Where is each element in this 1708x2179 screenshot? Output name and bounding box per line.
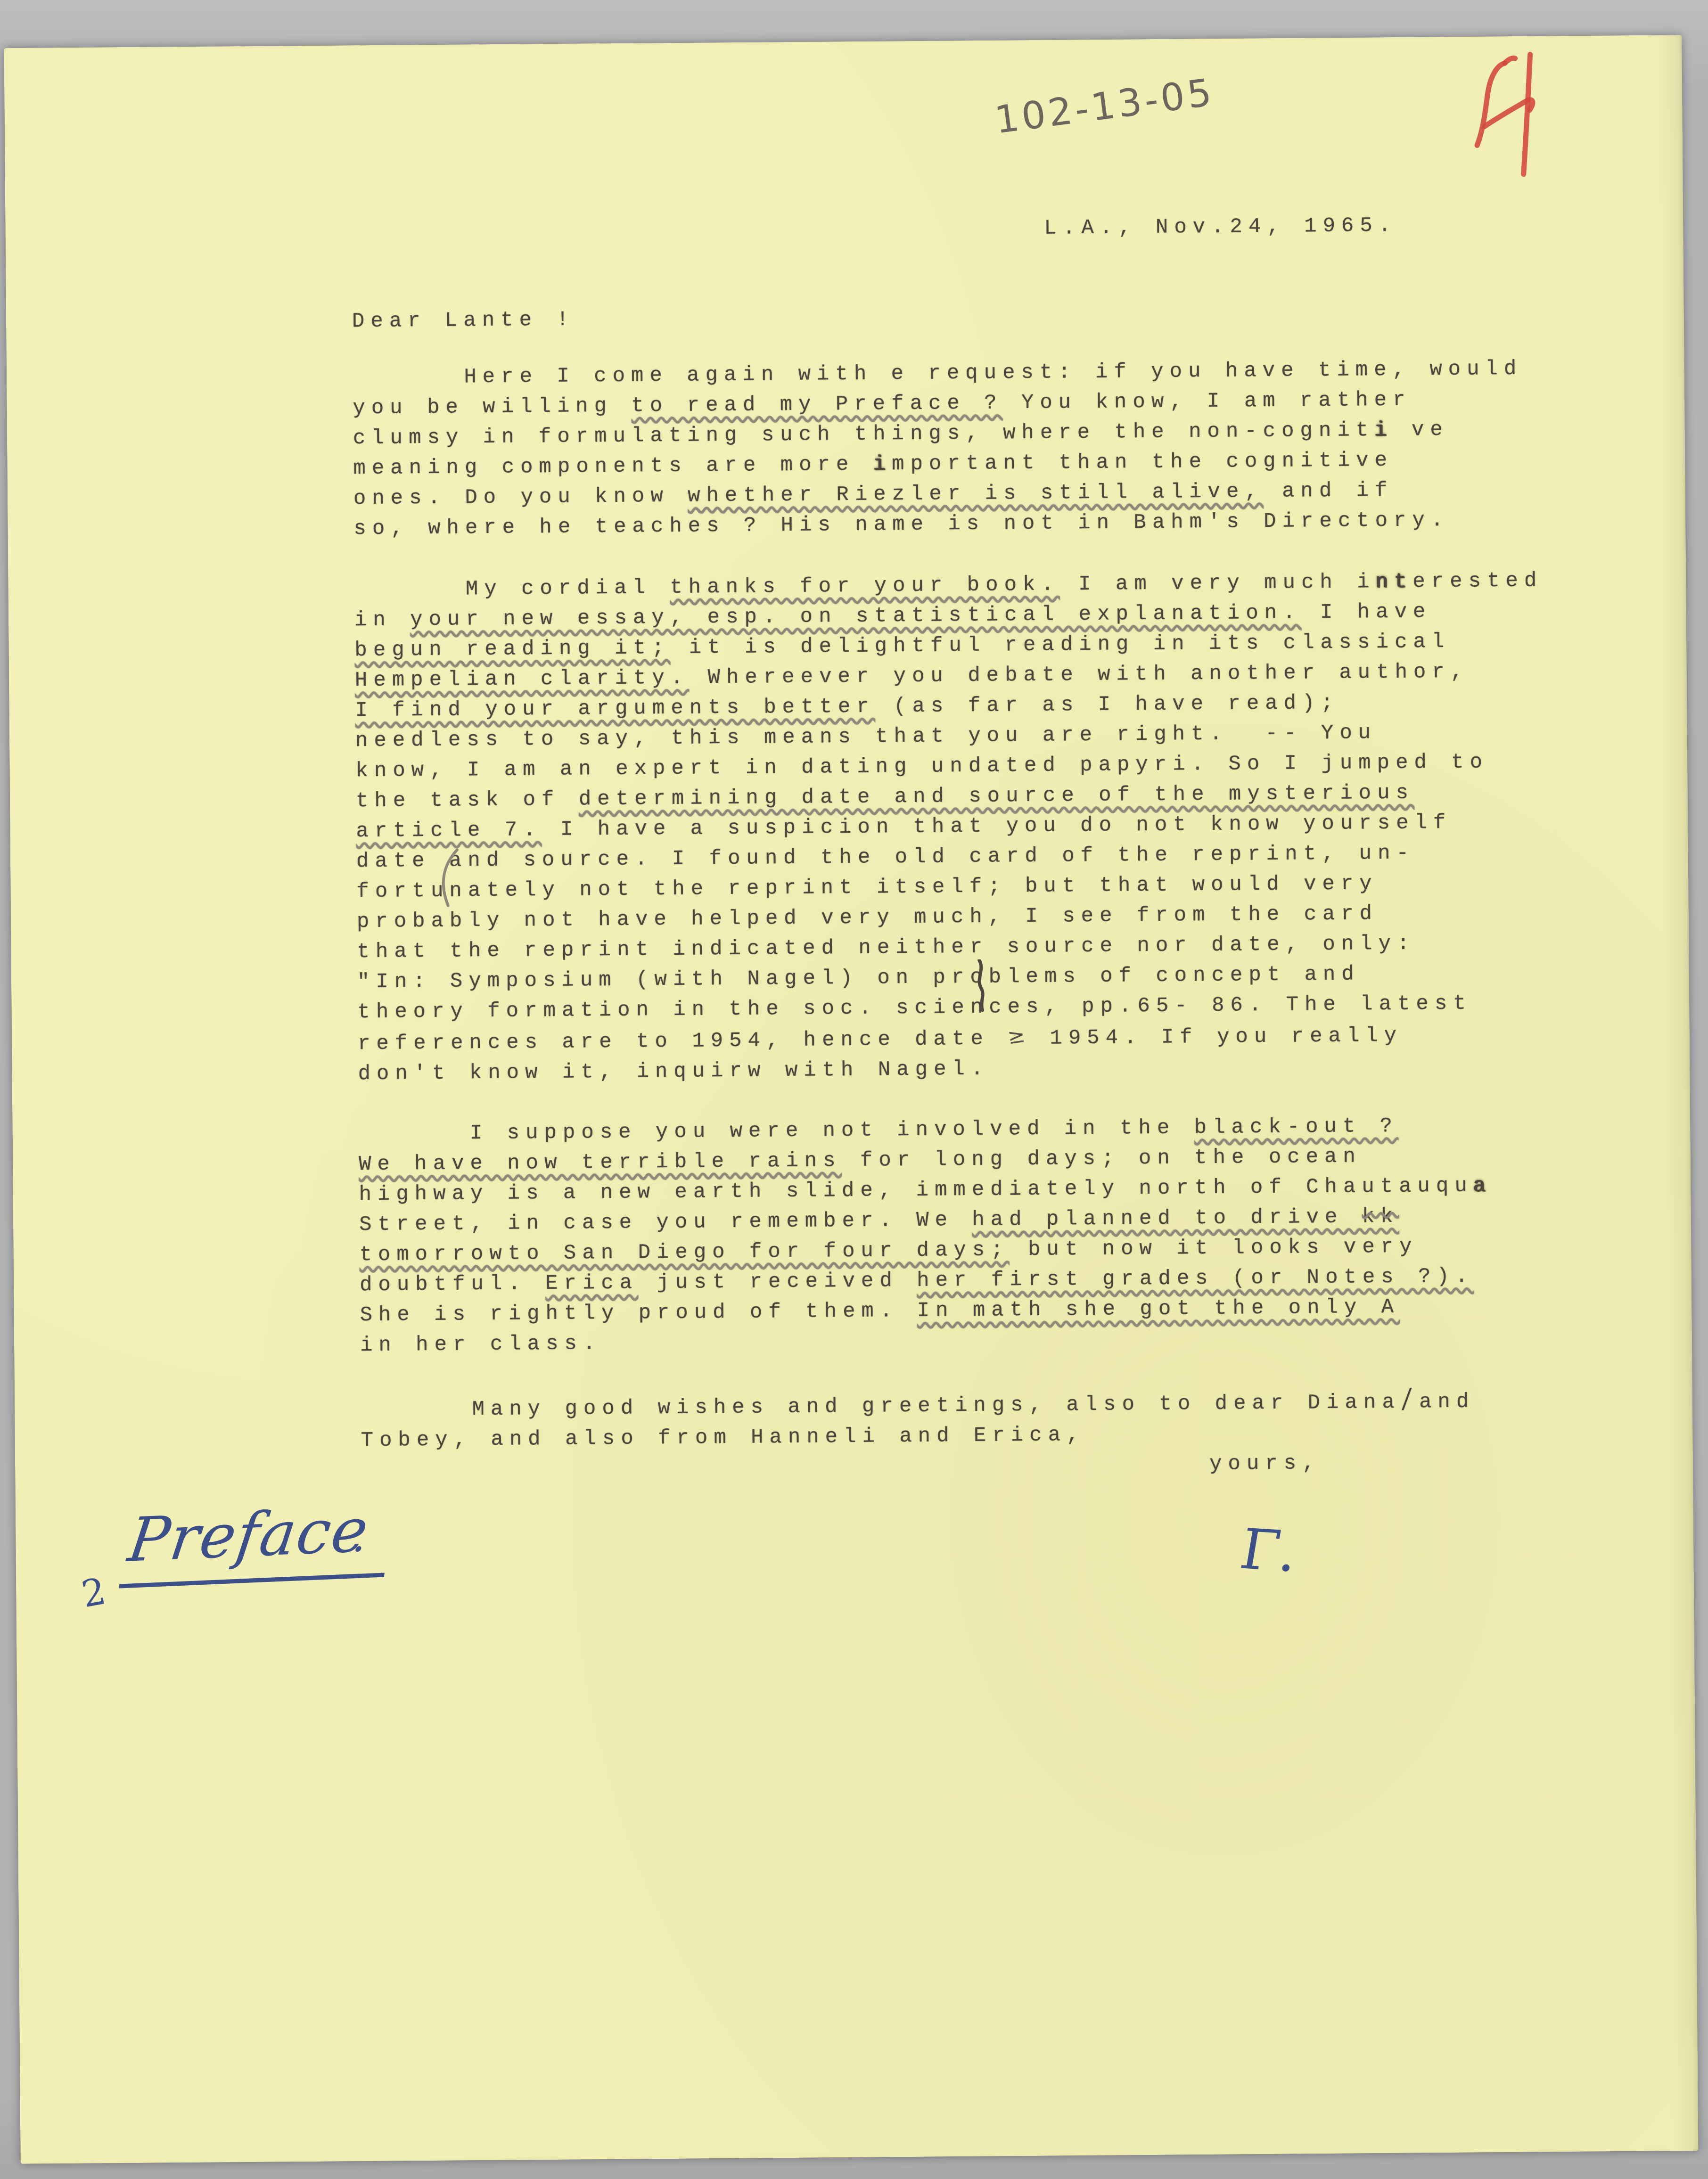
typed-text: ones. Do you know [353, 484, 688, 511]
typed-text: ≥ [1006, 1019, 1034, 1053]
typed-text: meaning components are more [353, 453, 873, 481]
underlined-text: kk [1362, 1205, 1399, 1229]
typed-text: references are to 1954, hence date [358, 1027, 1008, 1056]
typed-text: it is delightful reading in its classica… [670, 630, 1450, 660]
typed-text: but now it looks very [1009, 1235, 1418, 1262]
red-crayon-mark-icon [1456, 48, 1561, 204]
typed-text: and [1419, 1390, 1475, 1414]
letter-paragraphs: Here I come again with e request: if you… [353, 353, 1624, 1456]
typed-text: ve [1393, 418, 1449, 442]
typed-text: nt [1375, 570, 1412, 594]
typed-text: in [354, 608, 411, 632]
typed-text: highway is a new earth slide, immediatel… [359, 1174, 1473, 1207]
underlined-text: tomorrowto San Diego for four days; [359, 1238, 1010, 1267]
typed-text: i [873, 452, 892, 476]
signature-initial: Γ. [1236, 1516, 1303, 1584]
typed-text: I have a suspicion that you do not know … [542, 811, 1452, 842]
underlined-text: We have now terrible rains [359, 1149, 842, 1176]
typed-text: the task of [356, 788, 579, 813]
typed-text: date and source. I found the old card of… [356, 842, 1415, 874]
typed-text: 1954. If you really [1031, 1024, 1403, 1050]
salutation: Dear Lante ! [352, 296, 1615, 336]
underlined-text: whether Riezler is still alive, [688, 480, 1264, 508]
typed-text: a [1473, 1174, 1492, 1197]
typed-text: Tobey, and also from Hanneli and Erica, [361, 1423, 1085, 1452]
paragraph: Many good wishes and greetings, also to … [361, 1385, 1624, 1456]
letter-paper: 102-13-05 L.A., Nov.24, 1965. Dear Lante… [4, 35, 1698, 2164]
underlined-text: had planned to drive [972, 1205, 1362, 1231]
typed-text: mportant than the cognitive [892, 449, 1393, 476]
typed-text: just received [638, 1269, 917, 1295]
typed-text: that the reprint indicated neither sourc… [357, 932, 1415, 964]
paragraph: I suppose you were not involved in the b… [358, 1109, 1623, 1360]
scanned-letter-page: { "colors":{ "paper":"#f2efb5", "scanner… [0, 0, 1708, 2179]
paragraph: Here I come again with e request: if you… [353, 353, 1617, 544]
typed-text: so, where he teaches ? His name is not i… [353, 508, 1449, 541]
underlined-text: article 7. [356, 818, 542, 843]
typed-text: theory formation in the soc. sciences, p… [357, 992, 1472, 1024]
typed-text: (as far as I have read); [875, 691, 1339, 719]
pencil-bracket-mark [435, 848, 468, 912]
typed-text: I am very much i [1060, 570, 1376, 596]
typed-text: needless to say, this means that you are… [355, 721, 1377, 753]
typed-text: don't know it, inquirw with Nagel. [358, 1057, 989, 1086]
typed-text: in her class. [360, 1332, 602, 1357]
typed-text: My cordial [354, 576, 670, 602]
pen-squiggle-mark [973, 959, 992, 1018]
preface-note: Preface. [123, 1497, 391, 1588]
archive-number-annotation: 102-13-05 [992, 70, 1216, 142]
preface-note-word: Preface. [119, 1496, 394, 1588]
typed-text: you be willing [353, 394, 631, 420]
underlined-text: I find your arguments better [355, 695, 875, 723]
underlined-text: In math she got the only A [917, 1295, 1400, 1323]
underlined-text: your new essay, esp. on statistical expl… [410, 601, 1302, 631]
typed-text: for long days; on the ocean [841, 1145, 1362, 1173]
typed-text: erested [1412, 569, 1543, 593]
underlined-text: determining date and source of the myste… [579, 781, 1415, 811]
typed-text: probably not have helped very much, I se… [357, 902, 1379, 934]
underlined-text: to read my Preface ? [631, 391, 1002, 418]
underlined-text: black-out ? [1194, 1114, 1399, 1139]
underlined-text: thanks for your book. [670, 573, 1060, 599]
typed-text: fortunately not the reprint itself; but … [356, 872, 1378, 903]
red-crayon-mark [1456, 48, 1561, 206]
typed-text: Whereever you debate with another author… [689, 660, 1469, 690]
underlined-text: Hempelian clarity. [355, 666, 690, 693]
note-prefix: 2 [78, 1570, 109, 1616]
typed-text: Street, in case you remember. We [359, 1208, 972, 1237]
typed-text: "In: Symposium (with Nagel) on problems … [357, 963, 1360, 994]
typed-text: doubtful. [360, 1272, 545, 1297]
typed-text: I have [1301, 600, 1431, 624]
typed-text: and if [1264, 479, 1394, 503]
underlined-text: her first grades (or Notes ?). [917, 1265, 1474, 1293]
underlined-text: begun reading it; [354, 636, 670, 662]
typed-text: know, I am an expert in dating undated p… [355, 750, 1488, 783]
typed-text: Many good wishes and greetings, also to … [361, 1391, 1401, 1422]
letter-body: L.A., Nov.24, 1965. Dear Lante ! Here I … [351, 209, 1624, 1486]
typed-text: I suppose you were not involved in the [358, 1116, 1194, 1146]
underlined-text: Erica [545, 1271, 638, 1296]
dateline: L.A., Nov.24, 1965. [1044, 209, 1614, 244]
typed-text: / [1400, 1380, 1419, 1424]
typed-text: clumsy in formulating such things, where… [353, 418, 1375, 450]
typed-text: She is rightly proud of them. [360, 1299, 917, 1327]
typed-text: You know, I am rather [1002, 388, 1411, 415]
typed-text: i [1374, 418, 1393, 442]
closing-valediction: yours, [1209, 1446, 1624, 1479]
